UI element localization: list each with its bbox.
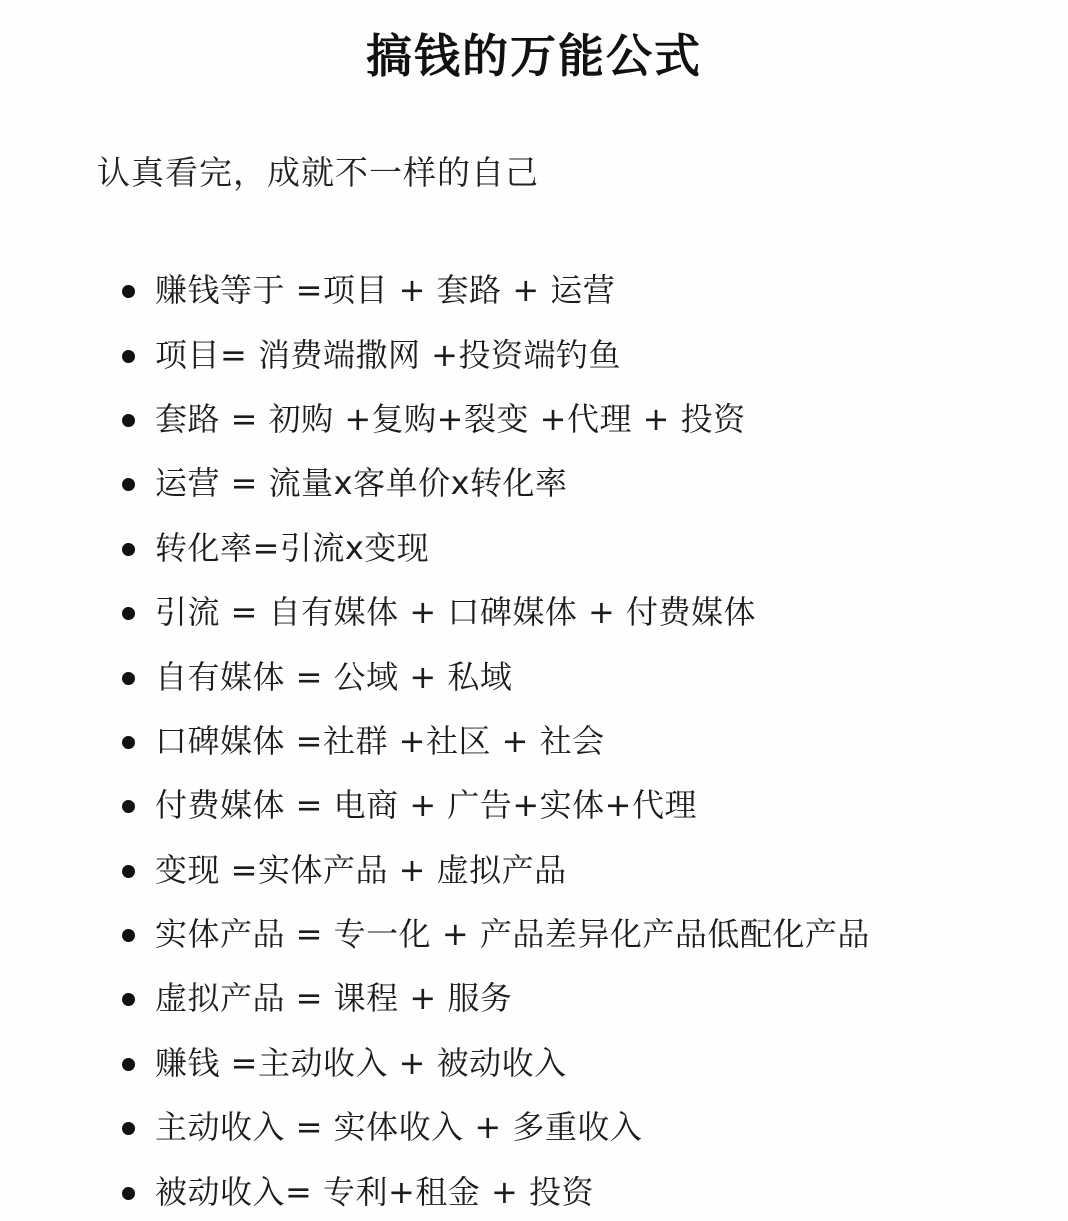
formula-text: 运营 = 流量x客单价x转化率 [155, 461, 568, 505]
formula-text: 虚拟产品 = 课程 + 服务 [155, 976, 512, 1020]
bullet-icon [122, 929, 135, 942]
formula-text: 项目= 消费端撒网 +投资端钓鱼 [155, 333, 621, 377]
formula-text: 口碑媒体 =社群 +社区 + 社会 [155, 719, 605, 763]
formula-text: 引流 = 自有媒体 + 口碑媒体 + 付费媒体 [155, 590, 756, 634]
formula-text: 主动收入 = 实体收入 + 多重收入 [155, 1105, 642, 1149]
formula-text: 转化率=引流x变现 [155, 526, 429, 570]
bullet-icon [122, 478, 135, 491]
bullet-icon [122, 543, 135, 556]
formula-text: 自有媒体 = 公域 + 私域 [155, 655, 512, 699]
formula-text: 套路 = 初购 +复购+裂变 +代理 + 投资 [155, 397, 746, 441]
page-title: 搞钱的万能公式 [0, 26, 1068, 86]
formula-text: 变现 =实体产品 + 虚拟产品 [155, 848, 567, 892]
bullet-icon [122, 865, 135, 878]
bullet-icon [122, 800, 135, 813]
document-page: 搞钱的万能公式 认真看完，成就不一样的自己 赚钱等于 =项目 + 套路 + 运营… [0, 0, 1068, 1221]
formula-text: 赚钱 =主动收入 + 被动收入 [155, 1041, 567, 1085]
subtitle: 认真看完，成就不一样的自己 [97, 150, 539, 196]
bullet-icon [122, 1122, 135, 1135]
formula-text: 被动收入= 专利+租金 + 投资 [155, 1170, 594, 1214]
bullet-icon [122, 350, 135, 363]
bullet-icon [122, 672, 135, 685]
bullet-icon [122, 607, 135, 620]
bullet-icon [122, 993, 135, 1006]
formula-text: 实体产品 = 专一化 + 产品差异化产品低配化产品 [155, 912, 870, 956]
bullet-icon [122, 736, 135, 749]
bullet-icon [122, 285, 135, 298]
bullet-icon [122, 414, 135, 427]
bullet-icon [122, 1187, 135, 1200]
formula-text: 付费媒体 = 电商 + 广告+实体+代理 [155, 783, 697, 827]
formula-text: 赚钱等于 =项目 + 套路 + 运营 [155, 268, 615, 312]
bullet-icon [122, 1058, 135, 1071]
